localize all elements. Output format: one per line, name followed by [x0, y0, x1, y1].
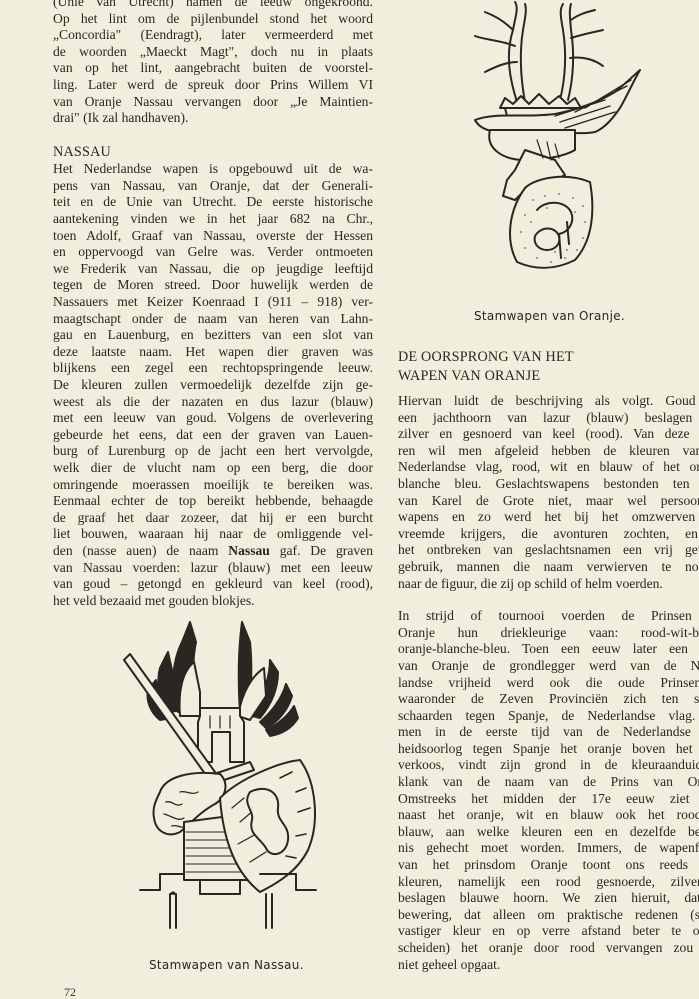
text-fragment: den (nasse auen) de naam: [53, 543, 228, 558]
text-line: maagtschapt onder de naam van heren van …: [53, 311, 373, 328]
page-number: 72: [64, 985, 76, 999]
text-line: pens van Nassau, van Oranje, dat der Gen…: [53, 178, 373, 195]
text-line: bewering, dat alleen om praktische reden…: [398, 907, 699, 924]
left-text-column: (Unie van Utrecht) namen de leeuw ongekr…: [53, 0, 373, 609]
text-line: teit en de Unie van Utrecht. De eerste h…: [53, 194, 373, 211]
section-heading-nassau: NASSAU: [53, 143, 373, 162]
text-line: liet bouwen, waaraan hij naar de omligge…: [53, 526, 373, 543]
text-line: ling. Later werd de spreuk door Prins Wi…: [53, 77, 373, 94]
text-line: met een leeuw van goud. Volgens de overl…: [53, 410, 373, 427]
text-line: scheiden) het oranje door rood vervangen…: [398, 940, 699, 957]
coat-of-arms-oranje-illustration: [455, 0, 655, 275]
bold-word-nassau: Nassau: [228, 543, 270, 558]
text-line: naar de figuur, die zij op schild of hel…: [398, 576, 699, 593]
text-line: een jachthoorn van lazur (blauw) beslage…: [398, 410, 699, 427]
text-line: en oppervoogd van Gelre was. Verder ontm…: [53, 244, 373, 261]
text-line: het ontbreken van geslachtsnamen een vri…: [398, 542, 699, 559]
section-heading-oranje: DE OORSPRONG VAN HET WAPEN VAN ORANJE: [398, 348, 699, 385]
text-fragment: gaf. De graven: [270, 543, 373, 558]
figure-caption-nassau: Stamwapen van Nassau.: [149, 958, 304, 972]
text-line: Omstreeks het midden der 17e eeuw ziet m…: [398, 791, 699, 808]
text-line: Nederlandse vlag, rood, wit en blauw of …: [398, 459, 699, 476]
nassau-paragraph: Het Nederlandse wapen is opgebouwd uit d…: [53, 161, 373, 609]
text-line: van op het lint, aangebracht buiten de v…: [53, 60, 373, 77]
figure-caption-oranje: Stamwapen van Oranje.: [474, 309, 625, 323]
text-line: landse vrijheid werd ook die oude Prinse…: [398, 675, 699, 692]
text-line: „Concordia" (Eendragt), later vermeerder…: [53, 27, 373, 44]
text-line: gau en Lauenburg, en bezitters van een s…: [53, 327, 373, 344]
text-line: blanche bleu. Geslachtswapens bestonden …: [398, 476, 699, 493]
heading-line: WAPEN VAN ORANJE: [398, 367, 699, 386]
text-line: Hiervan luidt de beschrijving als volgt.…: [398, 393, 699, 410]
text-line: niet geheel opgaat.: [398, 957, 699, 974]
text-line: oranje-blanche-bleu. Toen een eeuw later…: [398, 641, 699, 658]
text-line: de graaf het daar zozeer, dat hij er een…: [53, 510, 373, 527]
text-line: van het prinsdom Oranje toont ons reeds …: [398, 857, 699, 874]
text-line: burg of Lurenburg op de jacht een hert v…: [53, 443, 373, 460]
oranje-paragraph-1: Hiervan luidt de beschrijving als volgt.…: [398, 393, 699, 592]
text-line: toen Adolf, Graaf van Nassau, overste de…: [53, 228, 373, 245]
text-line: de woorden „Maeckt Magt", doch nu in pla…: [53, 44, 373, 61]
text-line: (Unie van Utrecht) namen de leeuw ongekr…: [53, 0, 373, 11]
text-line: Het Nederlandse wapen is opgebouwd uit d…: [53, 161, 373, 178]
text-line: waaronder de Zeven Provinciën zich ten s…: [398, 691, 699, 708]
scanned-book-page: (Unie van Utrecht) namen de leeuw ongekr…: [0, 0, 699, 999]
text-line: men in de eerste tijd van de Nederlandse…: [398, 724, 699, 741]
text-line: In strijd of tournooi voerden de Prinsen…: [398, 608, 699, 625]
oranje-paragraph-2: In strijd of tournooi voerden de Prinsen…: [398, 608, 699, 973]
text-line: heidsoorlog tegen Spanje het oranje bove…: [398, 741, 699, 758]
text-line: aantekening vinden we in het jaar 682 na…: [53, 211, 373, 228]
text-line: Eenmaal echter de top bereikt hebbende, …: [53, 493, 373, 510]
heading-line: DE OORSPRONG VAN HET: [398, 348, 699, 367]
text-line-with-bold: den (nasse auen) de naam Nassau gaf. De …: [53, 543, 373, 560]
text-line: blijkens een zegel een rechtopspringende…: [53, 360, 373, 377]
text-line: verkoos, vindt zijn grond in de kleuraan…: [398, 757, 699, 774]
text-line: schaarden tegen Spanje, de Nederlandse v…: [398, 708, 699, 725]
text-line: het veld bezaaid met gouden blokjes.: [53, 593, 373, 610]
text-line: Nassauers met Keizer Koenraad I (911 – 9…: [53, 294, 373, 311]
text-line: vastiger kleur en op verre afstand beter…: [398, 923, 699, 940]
text-line: blauw, aan welke kleuren een en dezelfde…: [398, 824, 699, 841]
text-line: ren wil men afgeleid hebben de kleuren v…: [398, 443, 699, 460]
text-line: vreemde krijgers, die avonturen zochten,…: [398, 526, 699, 543]
text-line: van goud – getongd en gekleurd van keel …: [53, 576, 373, 593]
text-line: drai" (Ik zal handhaven).: [53, 110, 373, 127]
text-line: van Karel de Grote niet, maar wel persoo…: [398, 493, 699, 510]
text-line: kleuren, namelijk een rood gesnoerde, zi…: [398, 874, 699, 891]
text-line: naast het oranje, wit en blauw ook het r…: [398, 807, 699, 824]
text-line: van Nassau voerden: lazur (blauw) met ee…: [53, 560, 373, 577]
text-line: De kleuren zullen vermoedelijk dezelfde …: [53, 377, 373, 394]
text-line: tegen de Moren streed. Door huwelijk wer…: [53, 277, 373, 294]
text-line: deze laatste naam. Het wapen dier graven…: [53, 344, 373, 361]
right-text-column: DE OORSPRONG VAN HET WAPEN VAN ORANJE Hi…: [398, 348, 699, 973]
text-line: van Oranje Nassau vervangen door „Je Mai…: [53, 94, 373, 111]
text-line: zilver en gesnoerd van keel (rood). Van …: [398, 426, 699, 443]
text-line: gebruik, mannen die naam verwierven te n…: [398, 559, 699, 576]
intro-paragraph: (Unie van Utrecht) namen de leeuw ongekr…: [53, 0, 373, 127]
text-line: welk dier de vlucht nam op een berg, die…: [53, 460, 373, 477]
text-line: Op het lint om de pijlenbundel stond het…: [53, 11, 373, 28]
coat-of-arms-nassau-illustration: [120, 612, 340, 930]
text-line: nis gehecht moet worden. Immers, de wape…: [398, 840, 699, 857]
text-line: gebeurde het eens, dat een der graven va…: [53, 427, 373, 444]
text-line: wapens en zo werd het bij het omzwerven …: [398, 509, 699, 526]
text-line: klank van de naam van de Prins van Oranj…: [398, 774, 699, 791]
text-line: van Oranje de grondlegger werd van de Ne…: [398, 658, 699, 675]
text-line: omringende moerassen moeilijk te bereike…: [53, 477, 373, 494]
text-line: we Frederik van Nassau, die op jeugdige …: [53, 261, 373, 278]
text-line: weest als die der nazaten en dus lazur (…: [53, 394, 373, 411]
text-line: beslagen blauwe hoorn. We zien hieruit, …: [398, 890, 699, 907]
text-line: Oranje hun driekleurige vaan: rood-wit-b…: [398, 625, 699, 642]
